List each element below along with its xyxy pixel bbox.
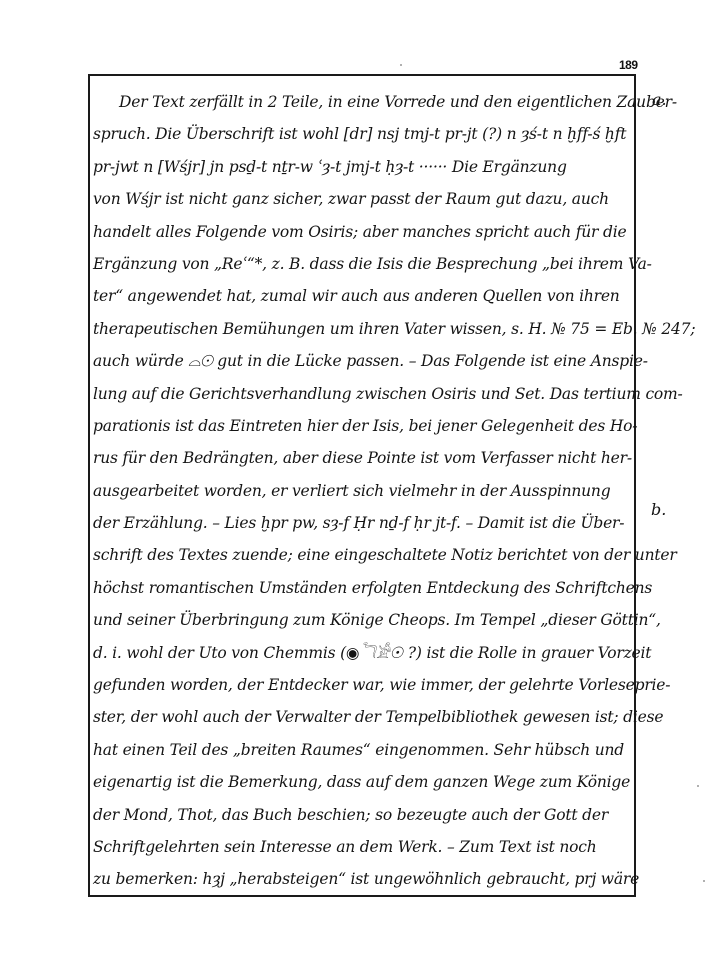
text-line: der Mond, Thot, das Buch beschien; so be… (93, 799, 633, 831)
text-line: auch würde ⌓☉ gut in die Lücke passen. –… (93, 345, 633, 377)
scan-speck (697, 785, 699, 787)
page-number: 189 (619, 58, 638, 72)
text-line: ter“ angewendet hat, zumal wir auch aus … (93, 280, 633, 312)
text-line: ster, der wohl auch der Verwalter der Te… (93, 701, 633, 733)
handwritten-text-body: Der Text zerfällt in 2 Teile, in eine Vo… (93, 86, 633, 896)
text-line: Ergänzung von „Reʿ“*, z. B. dass die Isi… (93, 248, 633, 280)
text-line: Schriftgelehrten sein Interesse an dem W… (93, 831, 633, 863)
margin-note-b: b. (651, 500, 666, 519)
text-line: d. i. wohl der Uto von Chemmis (◉𓆓𓀀☉ ?) … (93, 637, 633, 669)
text-line: lung auf die Gerichtsverhandlung zwische… (93, 378, 633, 410)
text-line: parationis ist das Eintreten hier der Is… (93, 410, 633, 442)
text-line: Der Text zerfällt in 2 Teile, in eine Vo… (93, 86, 633, 118)
margin-note-a: a. (652, 90, 667, 109)
text-line: höchst romantischen Umständen erfolgten … (93, 572, 633, 604)
text-line: ausgearbeitet worden, er verliert sich v… (93, 475, 633, 507)
text-line: gefunden worden, der Entdecker war, wie … (93, 669, 633, 701)
text-line: zu bemerken: hȝj „herabsteigen“ ist unge… (93, 863, 633, 895)
text-line: handelt alles Folgende vom Osiris; aber … (93, 216, 633, 248)
scan-speck (703, 880, 705, 882)
text-line: eigenartig ist die Bemerkung, dass auf d… (93, 766, 633, 798)
text-line: von Wśjr ist nicht ganz sicher, zwar pas… (93, 183, 633, 215)
scan-speck (400, 64, 402, 66)
text-line: rus für den Bedrängten, aber diese Point… (93, 442, 633, 474)
text-line: und seiner Überbringung zum Könige Cheop… (93, 604, 633, 636)
text-line: spruch. Die Überschrift ist wohl [dr] ns… (93, 118, 633, 150)
text-line: der Erzählung. – Lies ḫpr pw, sȝ-f Ḥr nḏ… (93, 507, 633, 539)
text-line: pr-jwt n [Wśjr] jn psḏ-t nṯr-w ʿȝ-t jmj-… (93, 151, 633, 183)
text-line: schrift des Textes zuende; eine eingesch… (93, 539, 633, 571)
text-line: hat einen Teil des „breiten Raumes“ eing… (93, 734, 633, 766)
text-line: therapeutischen Bemühungen um ihren Vate… (93, 313, 633, 345)
